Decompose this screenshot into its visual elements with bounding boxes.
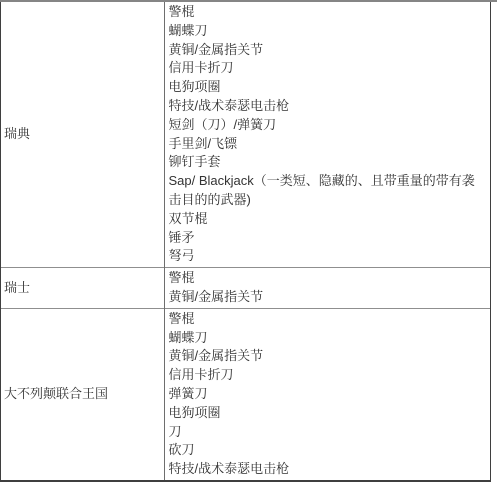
weapon-list-cell-switzerland: 警棍 黄铜/金属指关节 [164,268,490,309]
country-cell-sweden: 瑞典 [1,2,164,268]
page: 瑞典 警棍 蝴蝶刀 黄铜/金属指关节 信用卡折刀 电狗项圈 特技/战术泰瑟电击枪… [0,0,497,485]
weapon-list-cell-united-kingdom: 警棍 蝴蝶刀 黄铜/金属指关节 信用卡折刀 弹簧刀 电狗项圈 刀 砍刀 特技/战… [164,308,490,480]
country-cell-united-kingdom: 大不列颠联合王国 [1,308,164,480]
table-row-united-kingdom: 大不列颠联合王国 警棍 蝴蝶刀 黄铜/金属指关节 信用卡折刀 弹簧刀 电狗项圈 … [1,308,490,480]
table-row-sweden: 瑞典 警棍 蝴蝶刀 黄铜/金属指关节 信用卡折刀 电狗项圈 特技/战术泰瑟电击枪… [1,2,490,268]
country-weapons-table: 瑞典 警棍 蝴蝶刀 黄铜/金属指关节 信用卡折刀 电狗项圈 特技/战术泰瑟电击枪… [1,2,490,480]
weapon-list-cell-sweden: 警棍 蝴蝶刀 黄铜/金属指关节 信用卡折刀 电狗项圈 特技/战术泰瑟电击枪 短剑… [164,2,490,268]
table-row-switzerland: 瑞士 警棍 黄铜/金属指关节 [1,268,490,309]
country-cell-switzerland: 瑞士 [1,268,164,309]
table-body: 瑞典 警棍 蝴蝶刀 黄铜/金属指关节 信用卡折刀 电狗项圈 特技/战术泰瑟电击枪… [1,2,490,480]
table-frame: 瑞典 警棍 蝴蝶刀 黄铜/金属指关节 信用卡折刀 电狗项圈 特技/战术泰瑟电击枪… [0,2,491,482]
